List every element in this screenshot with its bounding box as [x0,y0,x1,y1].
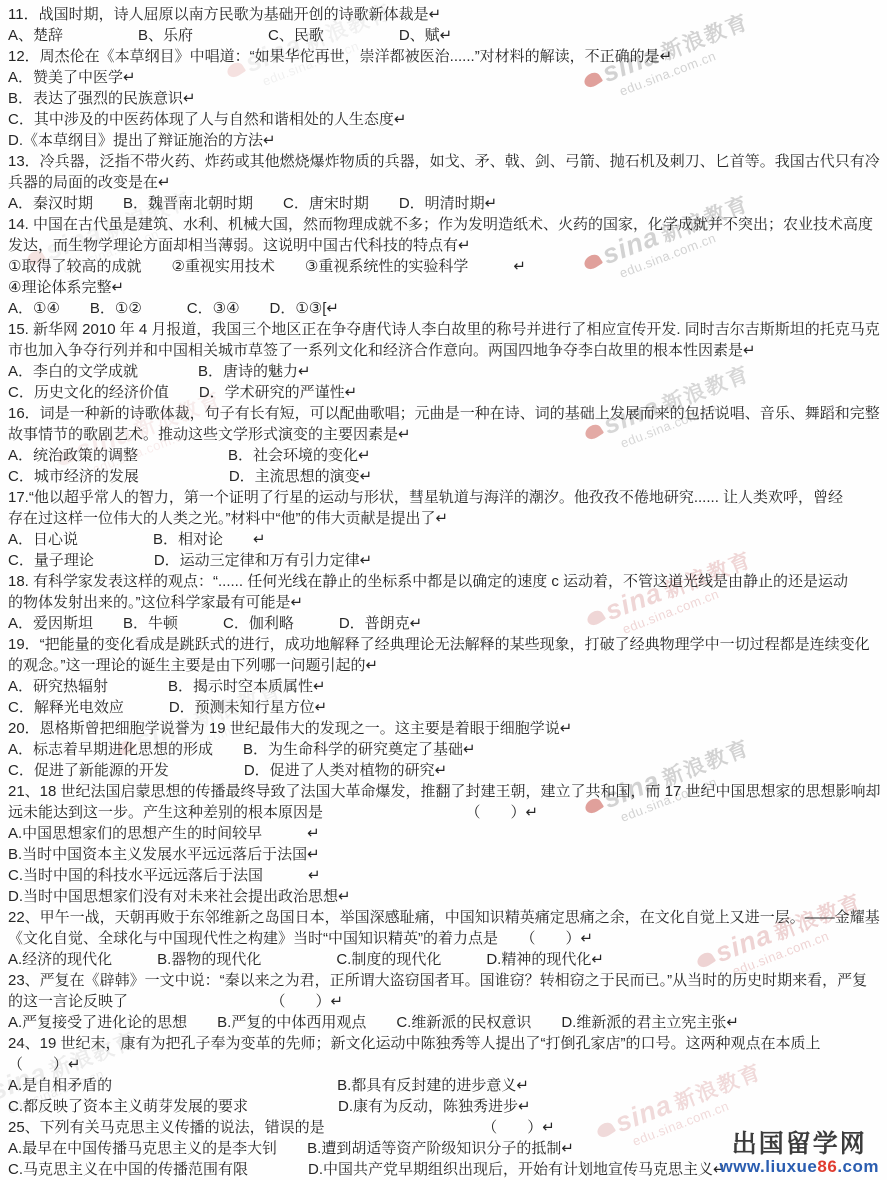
text-line: C．城市经济的发展 D．主流思想的演变↵ [8,466,887,487]
text-line: A．李白的文学成就 B．唐诗的魅力↵ [8,361,887,382]
exam-document-page: sina新浪教育edu.sina.com.cnsina新浪教育edu.sina.… [0,0,887,1180]
text-line: （ ）↵ [8,1054,887,1075]
text-line: A、楚辞 B、乐府 C、民歌 D、赋↵ [8,25,887,46]
text-line: 17.“他以超乎常人的智力，第一个证明了行星的运动与形状，彗星轨道与海洋的潮汐。… [8,487,887,508]
text-line: 20．恩格斯曾把细胞学说誉为 19 世纪最伟大的发现之一。这主要是着眼于细胞学说… [8,718,887,739]
text-line: 21、18 世纪法国启蒙思想的传播最终导致了法国大革命爆发，推翻了封建王朝，建立… [8,781,887,802]
text-line: A．①④ B．①② C．③④ D．①③[↵ [8,298,887,319]
text-line: A．标志着早期进化思想的形成 B．为生命科学的研究奠定了基础↵ [8,739,887,760]
text-line: 《文化自觉、全球化与中国现代性之构建》当时“中国知识精英”的着力点是 （ ）↵ [8,928,887,949]
text-line: 的这一言论反映了 （ ）↵ [8,991,887,1012]
text-line: A．统治政策的调整 B．社会环境的变化↵ [8,445,887,466]
text-line: 的物体发射出来的。”这位科学家最有可能是↵ [8,592,887,613]
text-line: 远未能达到这一步。产生这种差别的根本原因是 （ ）↵ [8,802,887,823]
text-line: A．秦汉时期 B．魏晋南北朝时期 C．唐宋时期 D．明清时期↵ [8,193,887,214]
liuxue86-logo: 出国留学网 www.liuxue86.com [720,1131,880,1177]
text-line: 19．“把能量的变化看成是跳跃式的进行，成功地解释了经典理论无法解释的某些现象，… [8,634,887,655]
text-line: A．爱因斯坦 B．牛顿 C．伽利略 D．普朗克↵ [8,613,887,634]
text-line: 11．战国时期，诗人屈原以南方民歌为基础开创的诗歌新体裁是↵ [8,4,887,25]
text-line: 兵器的局面的改变是在↵ [8,172,887,193]
text-line: C.都反映了资本主义萌芽发展的要求 D.康有为反动，陈独秀进步↵ [8,1096,887,1117]
text-line: 的观念。”这一理论的诞生主要是由下列哪一问题引起的↵ [8,655,887,676]
text-line: A.中国思想家们的思想产生的时间较早 ↵ [8,823,887,844]
text-line: C．促进了新能源的开发 D．促进了人类对植物的研究↵ [8,760,887,781]
text-line: 存在过这样一位伟大的人类之光。”材料中“他”的伟大贡献是提出了↵ [8,508,887,529]
text-line: D.《本草纲目》提出了辩证施治的方法↵ [8,130,887,151]
text-line: 16．词是一种新的诗歌体裁，句子有长有短，可以配曲歌唱；元曲是一种在诗、词的基础… [8,403,887,424]
text-line: C.当时中国的科技水平远远落后于法国 ↵ [8,865,887,886]
text-line: C．解释光电效应 D．预测未知行星方位↵ [8,697,887,718]
text-line: B．表达了强烈的民族意识↵ [8,88,887,109]
text-line: B.当时中国资本主义发展水平远远落后于法国↵ [8,844,887,865]
text-line: A．日心说 B．相对论 ↵ [8,529,887,550]
text-line: A.经济的现代化 B.器物的现代化 C.制度的现代化 D.精神的现代化↵ [8,949,887,970]
url-prefix: www.liuxue [720,1157,818,1176]
text-line: A．赞美了中医学↵ [8,67,887,88]
text-line: C．量子理论 D．运动三定律和万有引力定律↵ [8,550,887,571]
text-line: 12．周杰伦在《本草纲目》中唱道：“如果华佗再世，崇洋都被医治......”对材… [8,46,887,67]
text-line: 18. 有科学家发表这样的观点：“...... 任何光线在静止的坐标系中都是以确… [8,571,887,592]
text-line: D.当时中国思想家们没有对未来社会提出政治思想↵ [8,886,887,907]
text-line: 22、甲午一战，天朝再败于东邻维新之岛国日本，举国深感耻痛，中国知识精英痛定思痛… [8,907,887,928]
url-highlight: 86 [817,1157,837,1176]
text-line: C．历史文化的经济价值 D．学术研究的严谨性↵ [8,382,887,403]
liuxue86-site-url: www.liuxue86.com [720,1158,880,1177]
text-line: A．研究热辐射 B．揭示时空本质属性↵ [8,676,887,697]
text-line: 故事情节的歌剧艺术。推动这些文学形式演变的主要因素是↵ [8,424,887,445]
text-line: A.是自相矛盾的 B.都具有反封建的进步意义↵ [8,1075,887,1096]
liuxue86-site-name: 出国留学网 [720,1131,880,1159]
text-line: ④理论体系完整↵ [8,277,887,298]
text-line: 市也加入争夺行列并和中国相关城市草签了一系列文化和经济合作意向。两国四地争夺李白… [8,340,887,361]
text-line: A.严复接受了进化论的思想 B.严复的中体西用观点 C.维新派的民权意识 D.维… [8,1012,887,1033]
text-line: 24、19 世纪末，康有为把孔子奉为变革的先师；新文化运动中陈独秀等人提出了“打… [8,1033,887,1054]
text-line: 15. 新华网 2010 年 4 月报道，我国三个地区正在争夺唐代诗人李白故里的… [8,319,887,340]
text-line: ①取得了较高的成就 ②重视实用技术 ③重视系统性的实验科学 ↵ [8,256,887,277]
text-line: 23、严复在《辟韩》一文中说：“秦以来之为君，正所谓大盗窃国者耳。国谁窃？转相窃… [8,970,887,991]
text-line: 13．冷兵器，泛指不带火药、炸药或其他燃烧爆炸物质的兵器，如戈、矛、戟、剑、弓箭… [8,151,887,172]
url-suffix: .com [837,1157,879,1176]
text-line: C．其中涉及的中医药体现了人与自然和谐相处的人生态度↵ [8,109,887,130]
question-lines: 11．战国时期，诗人屈原以南方民歌为基础开创的诗歌新体裁是↵A、楚辞 B、乐府 … [8,4,887,1180]
text-line: 发达，而生物学理论方面却相当薄弱。这说明中国古代科技的特点有↵ [8,235,887,256]
text-line: 14. 中国在古代虽是建筑、水利、机械大国，然而物理成就不多；作为发明造纸术、火… [8,214,887,235]
